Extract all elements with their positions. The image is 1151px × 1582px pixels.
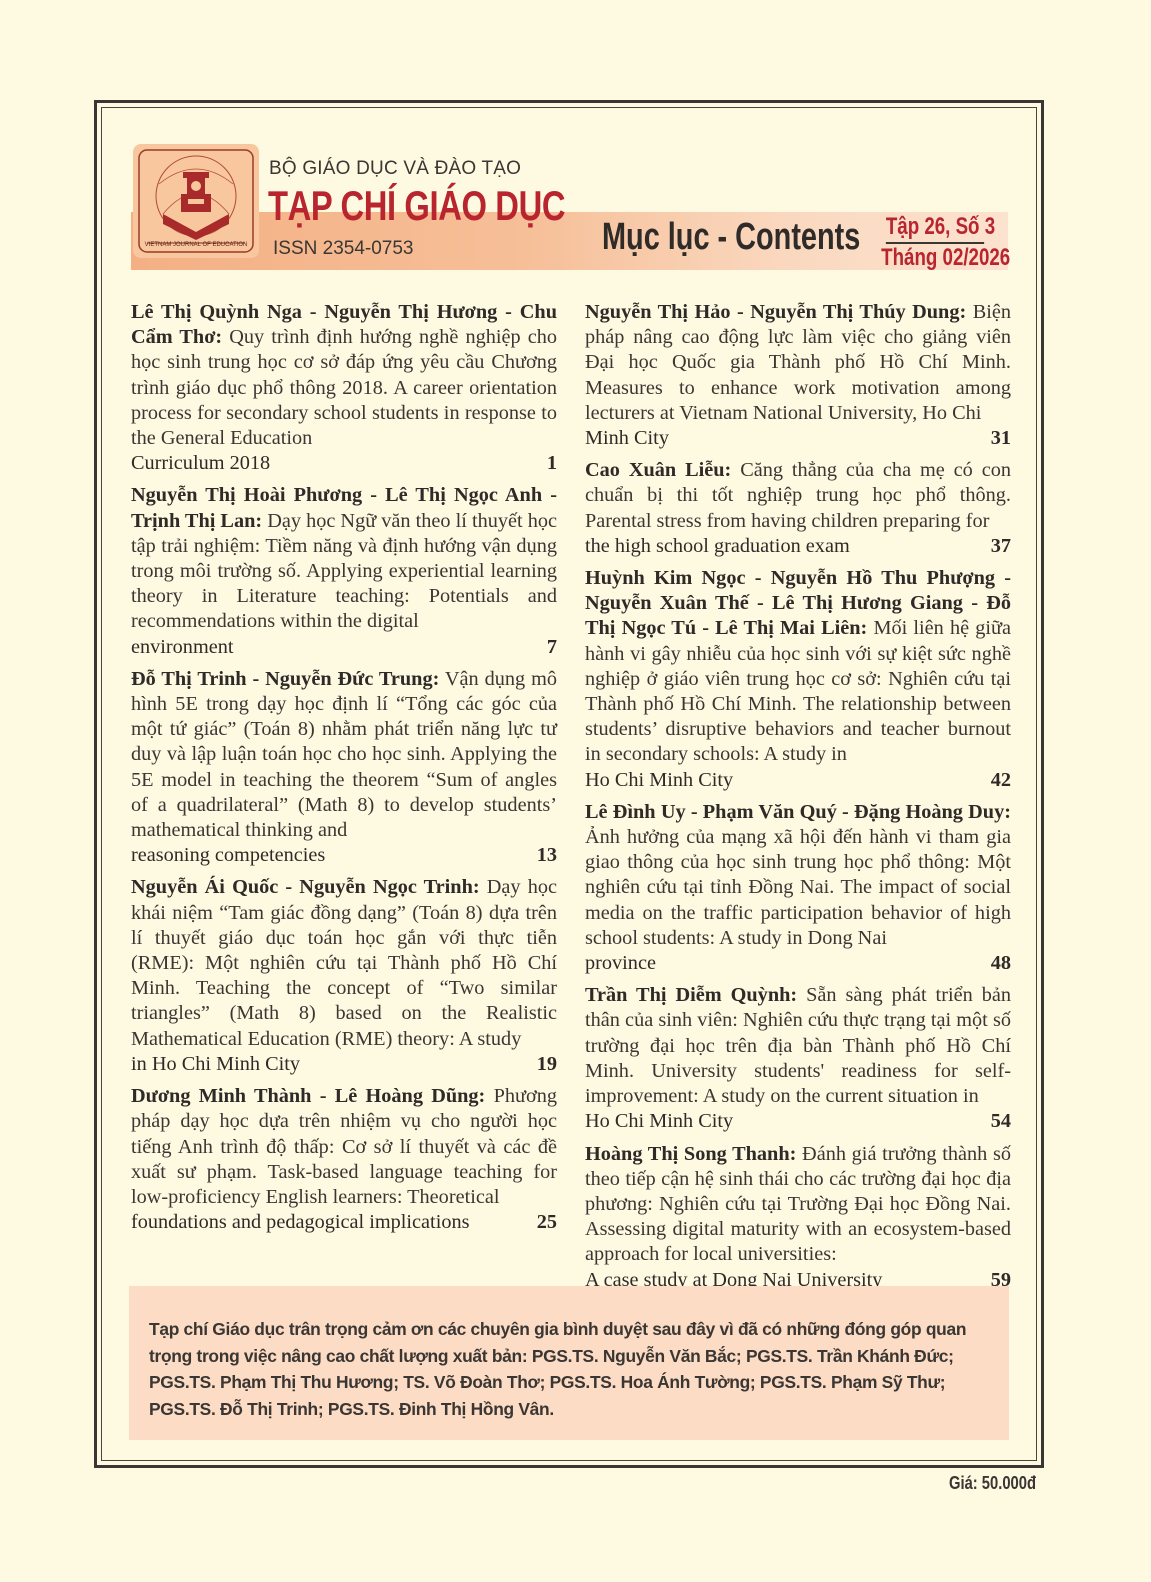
entry-title-end: reasoning competencies bbox=[131, 843, 325, 868]
journal-title: TẠP CHÍ GIÁO DỤC bbox=[268, 182, 565, 230]
toc-left-column: Lê Thị Quỳnh Nga - Nguyễn Thị Hương - Ch… bbox=[131, 300, 557, 1242]
entry-authors: Dương Minh Thành - Lê Hoàng Dũng: bbox=[131, 1085, 485, 1107]
page-number: 54 bbox=[981, 1109, 1011, 1134]
issue-date: Tháng 02/2026 bbox=[881, 244, 989, 272]
entry-title: Vận dụng mô hình 5E trong dạy học định l… bbox=[131, 668, 557, 841]
page-number: 31 bbox=[981, 426, 1011, 451]
entry-title-end: in Ho Chi Minh City bbox=[131, 1052, 300, 1077]
toc-entry[interactable]: Dương Minh Thành - Lê Hoàng Dũng: Phương… bbox=[131, 1084, 557, 1235]
toc-entry[interactable]: Nguyễn Thị Hảo - Nguyễn Thị Thúy Dung: B… bbox=[585, 300, 1011, 451]
entry-title-end: Curriculum 2018 bbox=[131, 451, 270, 476]
page-number: 7 bbox=[537, 635, 557, 660]
page-number: 13 bbox=[527, 843, 557, 868]
issn: ISSN 2354-0753 bbox=[273, 238, 414, 260]
price-label: Giá: 50.000đ bbox=[949, 1473, 1036, 1494]
page-number: 37 bbox=[981, 534, 1011, 559]
entry-authors: Đỗ Thị Trinh - Nguyễn Đức Trung: bbox=[131, 668, 439, 690]
issue-info: Tập 26, Số 3 Tháng 02/2026 bbox=[866, 212, 1004, 272]
entry-title-end: Minh City bbox=[585, 426, 669, 451]
entry-authors: Cao Xuân Liễu: bbox=[585, 459, 731, 481]
entry-authors: Nguyễn Ái Quốc - Nguyễn Ngọc Trinh: bbox=[131, 876, 480, 898]
toc-entry[interactable]: Huỳnh Kim Ngọc - Nguyễn Hồ Thu Phượng - … bbox=[585, 566, 1011, 793]
toc-entry[interactable]: Lê Đình Uy - Phạm Văn Quý - Đặng Hoàng D… bbox=[585, 800, 1011, 976]
page-number: 19 bbox=[527, 1052, 557, 1077]
toc-entry[interactable]: Lê Thị Quỳnh Nga - Nguyễn Thị Hương - Ch… bbox=[131, 300, 557, 476]
toc-entry[interactable]: Nguyễn Ái Quốc - Nguyễn Ngọc Trinh: Dạy … bbox=[131, 875, 557, 1077]
toc-entry[interactable]: Đỗ Thị Trinh - Nguyễn Đức Trung: Vận dụn… bbox=[131, 667, 557, 869]
page-number: 48 bbox=[981, 951, 1011, 976]
entry-title-end: province bbox=[585, 951, 656, 976]
entry-authors: Hoàng Thị Song Thanh: bbox=[585, 1143, 796, 1165]
toc-entry[interactable]: Cao Xuân Liễu: Căng thẳng của cha mẹ có … bbox=[585, 458, 1011, 559]
entry-title-end: Ho Chi Minh City bbox=[585, 768, 733, 793]
entry-title: Ảnh hưởng của mạng xã hội đến hành vi th… bbox=[585, 826, 1011, 949]
toc-entry[interactable]: Trần Thị Diễm Quỳnh: Sẵn sàng phát triển… bbox=[585, 983, 1011, 1134]
entry-title: Mối liên hệ giữa hành vi gây nhiễu của h… bbox=[585, 617, 1011, 765]
page-number: 42 bbox=[981, 768, 1011, 793]
acknowledgement-box: Tạp chí Giáo dục trân trọng cảm ơn các c… bbox=[129, 1286, 1009, 1440]
entry-authors: Trần Thị Diễm Quỳnh: bbox=[585, 984, 797, 1006]
entry-authors: Lê Đình Uy - Phạm Văn Quý - Đặng Hoàng D… bbox=[585, 801, 1011, 823]
entry-title-end: Ho Chi Minh City bbox=[585, 1109, 733, 1134]
toc-right-column: Nguyễn Thị Hảo - Nguyễn Thị Thúy Dung: B… bbox=[585, 300, 1011, 1300]
entry-title-end: environment bbox=[131, 635, 234, 660]
toc-entry[interactable]: Hoàng Thị Song Thanh: Đánh giá trưởng th… bbox=[585, 1142, 1011, 1293]
volume-issue: Tập 26, Số 3 bbox=[886, 212, 984, 244]
page-number: 1 bbox=[537, 451, 557, 476]
contents-title: Mục lục - Contents bbox=[602, 216, 860, 259]
ministry-name: BỘ GIÁO DỤC VÀ ĐÀO TẠO bbox=[269, 158, 521, 180]
journal-seal-icon: VIETNAM JOURNAL OF EDUCATION bbox=[133, 144, 259, 258]
entry-title-end: the high school graduation exam bbox=[585, 534, 850, 559]
entry-title: Dạy học khái niệm “Tam giác đồng dạng” (… bbox=[131, 876, 557, 1049]
acknowledgement-text: Tạp chí Giáo dục trân trọng cảm ơn các c… bbox=[149, 1316, 987, 1422]
page-number: 25 bbox=[527, 1210, 557, 1235]
toc-entry[interactable]: Nguyễn Thị Hoài Phương - Lê Thị Ngọc Anh… bbox=[131, 483, 557, 659]
entry-title-end: foundations and pedagogical implications bbox=[131, 1210, 470, 1235]
entry-authors: Nguyễn Thị Hảo - Nguyễn Thị Thúy Dung: bbox=[585, 301, 966, 323]
svg-text:VIETNAM JOURNAL OF EDUCATION: VIETNAM JOURNAL OF EDUCATION bbox=[145, 242, 248, 248]
